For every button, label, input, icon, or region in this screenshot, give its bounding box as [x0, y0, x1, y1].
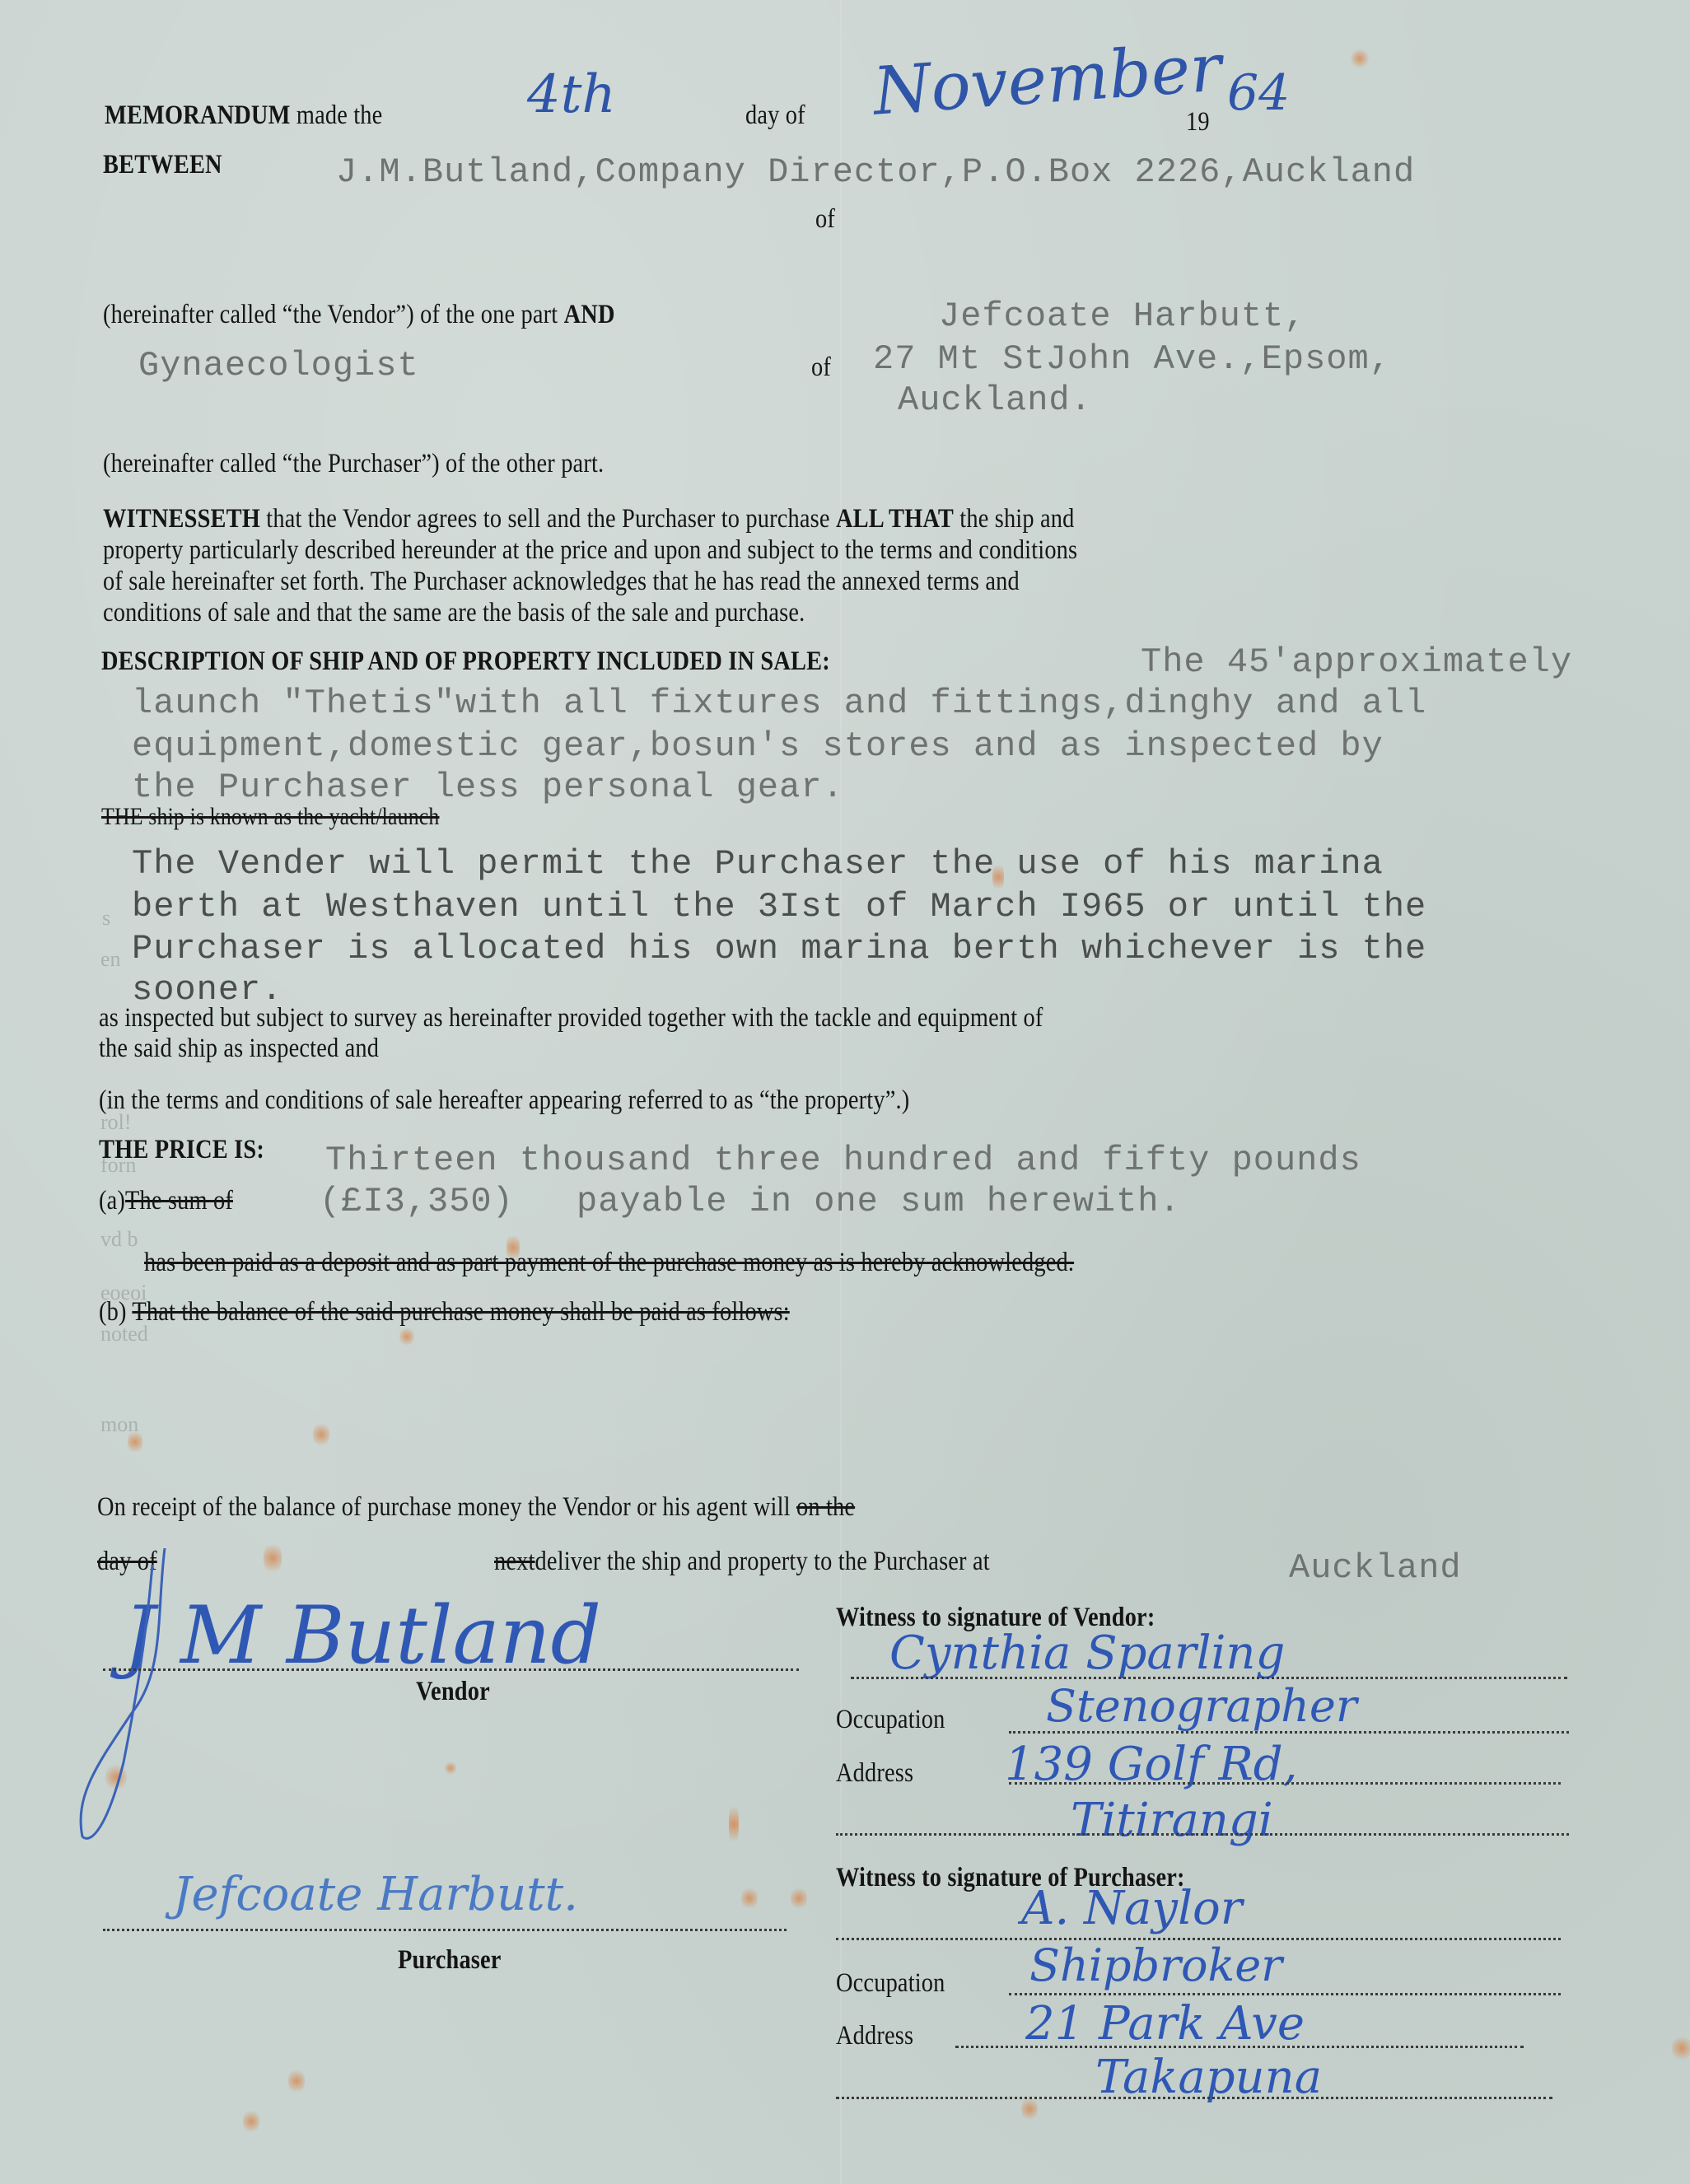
- purchaser-witness-address-line: [836, 2097, 1552, 2099]
- vendor-witness-occupation-line: [1009, 1731, 1569, 1734]
- purchaser-witness-name[interactable]: A. Naylor: [1021, 1882, 1242, 1935]
- witnesseth-line1: WITNESSETH that the Vendor agrees to sel…: [103, 504, 1074, 534]
- description-typed-line[interactable]: The 45'approximately: [1141, 642, 1572, 682]
- stain: [1351, 48, 1369, 69]
- vendor-witness-address-line: [836, 1833, 1569, 1836]
- ghost-text: vd b: [100, 1227, 138, 1252]
- price-amount-note[interactable]: payable in one sum herewith.: [577, 1182, 1181, 1221]
- struck-ship-known-as: THE ship is known as the yacht/launch: [101, 803, 439, 831]
- ghost-text: s: [102, 906, 110, 931]
- marina-typed-line[interactable]: berth at Westhaven until the 3Ist of Mar…: [132, 887, 1426, 926]
- made-the-text: made the: [296, 100, 383, 130]
- purchaser-address-line1[interactable]: 27 Mt StJohn Ave.,Epsom,: [873, 339, 1391, 379]
- stain: [399, 1326, 414, 1347]
- purchaser-signature[interactable]: Jefcoate Harbutt.: [173, 1868, 578, 1921]
- stain: [1021, 2096, 1038, 2122]
- vendor-witness-address-line2[interactable]: Titirangi: [1071, 1794, 1273, 1847]
- purchaser-witness-occupation-label: Occupation: [836, 1968, 945, 1999]
- price-label: THE PRICE IS:: [99, 1135, 264, 1165]
- price-b-line: (b) That the balance of the said purchas…: [99, 1297, 790, 1328]
- vendor-witness-address-label: Address: [836, 1758, 913, 1789]
- purchaser-address-line2[interactable]: Auckland.: [898, 380, 1092, 420]
- description-typed-line[interactable]: launch "Thetis"with all fixtures and fit…: [132, 684, 1426, 723]
- struck-deposit-line: has been paid as a deposit and as part p…: [144, 1248, 1074, 1278]
- vendor-witness-occupation[interactable]: Stenographer: [1046, 1680, 1357, 1732]
- marina-typed-line[interactable]: Purchaser is allocated his own marina be…: [132, 929, 1426, 968]
- description-typed-line[interactable]: the Purchaser less personal gear.: [132, 768, 844, 807]
- witnesseth-label: WITNESSETH: [103, 504, 260, 534]
- purchaser-occupation-field[interactable]: Gynaecologist: [138, 346, 419, 385]
- memorandum-line: MEMORANDUM made the: [105, 100, 382, 131]
- purchaser-witness-address-line1[interactable]: 21 Park Ave: [1025, 1997, 1305, 2051]
- ghost-text: en: [100, 947, 121, 972]
- day-of-text: day of: [745, 100, 805, 131]
- vendor-clause: (hereinafter called “the Vendor”) of the…: [103, 300, 615, 330]
- month-field[interactable]: November: [871, 29, 1224, 129]
- purchaser-witness-occupation-line: [1009, 1993, 1561, 1995]
- price-amount-field[interactable]: (£I3,350): [320, 1182, 514, 1221]
- ghost-text: mon: [100, 1412, 138, 1437]
- stain: [288, 2067, 305, 2095]
- delivery-line2: nextdeliver the ship and property to the…: [494, 1547, 990, 1577]
- vendor-label: Vendor: [416, 1677, 490, 1707]
- description-label: DESCRIPTION OF SHIP AND OF PROPERTY INCL…: [101, 646, 830, 677]
- purchaser-label: Purchaser: [398, 1945, 502, 1976]
- witnesseth-line4: conditions of sale and that the same are…: [103, 598, 805, 628]
- description-typed-line[interactable]: equipment,domestic gear,bosun's stores a…: [132, 726, 1384, 766]
- vendor-witness-occupation-label: Occupation: [836, 1705, 945, 1735]
- vendor-witness-name-line: [851, 1677, 1567, 1679]
- of-label: of: [811, 352, 831, 383]
- purchaser-clause: (hereinafter called “the Purchaser”) of …: [103, 449, 604, 479]
- witnesseth-line2: property particularly described hereunde…: [103, 535, 1077, 566]
- stain: [729, 1799, 739, 1849]
- purchaser-name-field[interactable]: Jefcoate Harbutt,: [939, 296, 1305, 336]
- purchaser-witness-address-label: Address: [836, 2021, 913, 2051]
- stain: [264, 1540, 282, 1576]
- purchaser-witness-address-line: [955, 2046, 1524, 2048]
- vendor-signature-line: [103, 1668, 799, 1671]
- stain: [791, 1886, 807, 1911]
- of-label: of: [815, 204, 835, 235]
- vendor-details-field[interactable]: J.M.Butland,Company Director,P.O.Box 222…: [336, 152, 1415, 192]
- day-field[interactable]: 4th: [527, 64, 616, 125]
- price-a-line: (a)The sum of: [99, 1186, 233, 1216]
- delivery-line1: On receipt of the balance of purchase mo…: [97, 1492, 855, 1523]
- memorandum-label: MEMORANDUM: [105, 100, 291, 130]
- purchaser-signature-line: [103, 1929, 787, 1931]
- stain: [243, 2108, 259, 2135]
- survey-line1: as inspected but subject to survey as he…: [99, 1003, 1043, 1034]
- stain: [313, 1421, 329, 1449]
- and-label: AND: [564, 300, 615, 329]
- year-field[interactable]: 64: [1227, 64, 1290, 122]
- price-words-field[interactable]: Thirteen thousand three hundred and fift…: [325, 1141, 1361, 1180]
- purchaser-witness-occupation[interactable]: Shipbroker: [1029, 1939, 1282, 1991]
- vendor-witness-address-line: [1009, 1782, 1561, 1785]
- stain: [1672, 2034, 1690, 2062]
- property-note: (in the terms and conditions of sale her…: [99, 1085, 909, 1116]
- between-label: BETWEEN: [103, 150, 222, 180]
- vendor-witness-name[interactable]: Cynthia Sparling: [889, 1626, 1285, 1680]
- stain: [741, 1886, 758, 1911]
- stain: [445, 1761, 456, 1776]
- marina-typed-line[interactable]: The Vender will permit the Purchaser the…: [132, 844, 1384, 884]
- signature-flourish-icon: [74, 1548, 239, 1845]
- witnesseth-line3: of sale hereinafter set forth. The Purch…: [103, 567, 1020, 597]
- delivery-place-field[interactable]: Auckland: [1289, 1548, 1462, 1588]
- year-prefix: 19: [1186, 107, 1210, 138]
- survey-line2: the said ship as inspected and: [99, 1034, 379, 1064]
